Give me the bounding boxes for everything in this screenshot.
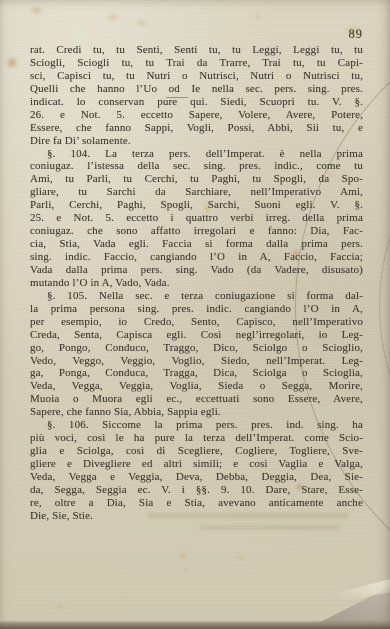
text-line: §. 106. Siccome la prima pers. pres. ind… — [30, 419, 363, 432]
text-line: rat. Credi tu, tu Senti, Senti tu, tu Le… — [30, 44, 363, 57]
text-line: Creda, Senta, Capisca egli. Così negl’ir… — [30, 329, 363, 342]
text-line: la prima persona sing. pres. indic. cang… — [30, 303, 363, 316]
text-line: Parli, Cerchi, Paghi, Spogli, Sarchi, Su… — [30, 199, 363, 212]
paragraph: rat. Credi tu, tu Senti, Senti tu, tu Le… — [30, 44, 363, 148]
text-line: coniugaz. l’istessa della sec. sing. pre… — [30, 160, 363, 173]
text-line: Sciogli, Sciogli tu, tu Trai da Trarre, … — [30, 57, 363, 70]
show-through-text — [200, 525, 340, 530]
text-line: Ami, tu Parli, tu Cerchi, tu Paghi, tu S… — [30, 173, 363, 186]
text-line: go, Pongo, Conduco, Traggo, Dico, Sciolg… — [30, 342, 363, 355]
text-line: sing. indic. Faccio, cangiando l’O in A,… — [30, 251, 363, 264]
text-line: gliare, tu Sarchi da Sarchiare, nell’Imp… — [30, 186, 363, 199]
text-line: glia e Sciolga, così di Scegliere, Cogli… — [30, 445, 363, 458]
text-line: §. 104. La terza pers. dell’Imperat. è n… — [30, 148, 363, 161]
text-line: gliere e Divegliere ed altri simili; e c… — [30, 458, 363, 471]
text-line: ga, Ponga, Conduca, Tragga, Dica, Sciolg… — [30, 367, 363, 380]
paragraph: §. 105. Nella sec. e terza coniugazione … — [30, 290, 363, 419]
text-line: re, oltre a Dia, Sia e Stia, avevano ant… — [30, 497, 363, 510]
text-line: Die, Sie, Stie. — [30, 510, 363, 523]
text-line: indicat. lo conservan pure qui. Siedi, S… — [30, 96, 363, 109]
text-line: 25. e Not. 5. eccetto i quattro verbi ir… — [30, 212, 363, 225]
text-line: Veda, Vegga e Veggia, Deva, Debba, Deggi… — [30, 471, 363, 484]
text-line: §. 105. Nella sec. e terza coniugazione … — [30, 290, 363, 303]
text-line: Sapere, che fanno Sia, Abbia, Sappia egl… — [30, 406, 363, 419]
foxing-spot — [182, 566, 190, 572]
text-line: sci, Capisci tu, tu Nutri o Nutrisci, Nu… — [30, 70, 363, 83]
text-line: Quelli che hanno l’Uo od Ie nella sec. p… — [30, 83, 363, 96]
foxing-spot — [177, 552, 189, 561]
text-line: Vada dalla prima pers. sing. Vado (da Va… — [30, 264, 363, 277]
foxing-spot — [54, 603, 65, 611]
text-line: Muoia o Muora egli ec., eccettuati sono … — [30, 393, 363, 406]
text-line: mutando l’O in A, Vado, Vada. — [30, 277, 363, 290]
foxing-spot — [5, 56, 19, 69]
blind-stamp-circle — [379, 77, 390, 535]
text-line: da, Segga, Seggia ec. V. i §§. 9. 10. Da… — [30, 484, 363, 497]
page-number: 89 — [349, 27, 364, 42]
text-line: Dire fa Di’ solamente. — [30, 135, 363, 148]
foxing-spot — [253, 13, 263, 20]
paragraph: §. 106. Siccome la prima pers. pres. ind… — [30, 419, 363, 523]
text-line: 26. e Not. 5. eccetto Sapere, Volere, Av… — [30, 109, 363, 122]
text-line: Vedo, Veggo, Veggio, Voglio, Siedo, nell… — [30, 355, 363, 368]
text-line: Essere, che fanno Sappi, Vogli, Possi, A… — [30, 122, 363, 135]
text-line: più voci, così le ha pure la terza dell’… — [30, 432, 363, 445]
text-line: Veda, Vegga, Veggia, Voglia, Sieda o Seg… — [30, 380, 363, 393]
foxing-spot — [236, 554, 246, 561]
foxing-spot — [136, 19, 148, 27]
text-line: coniugaz. che sono affatto irregolari e … — [30, 225, 363, 238]
scanned-book-page: 89 rat. Credi tu, tu Senti, Senti tu, tu… — [0, 0, 390, 629]
text-line: per esempio, io Credo, Sento, Capisco, n… — [30, 316, 363, 329]
foxing-spot — [28, 5, 45, 16]
page-bottom-edge — [0, 621, 390, 629]
paragraph: §. 104. La terza pers. dell’Imperat. è n… — [30, 148, 363, 290]
text-line: cia, Stia, Vada egli. Faccia si forma da… — [30, 238, 363, 251]
foxing-spot — [106, 13, 120, 22]
text-block: rat. Credi tu, tu Senti, Senti tu, tu Le… — [30, 44, 363, 523]
